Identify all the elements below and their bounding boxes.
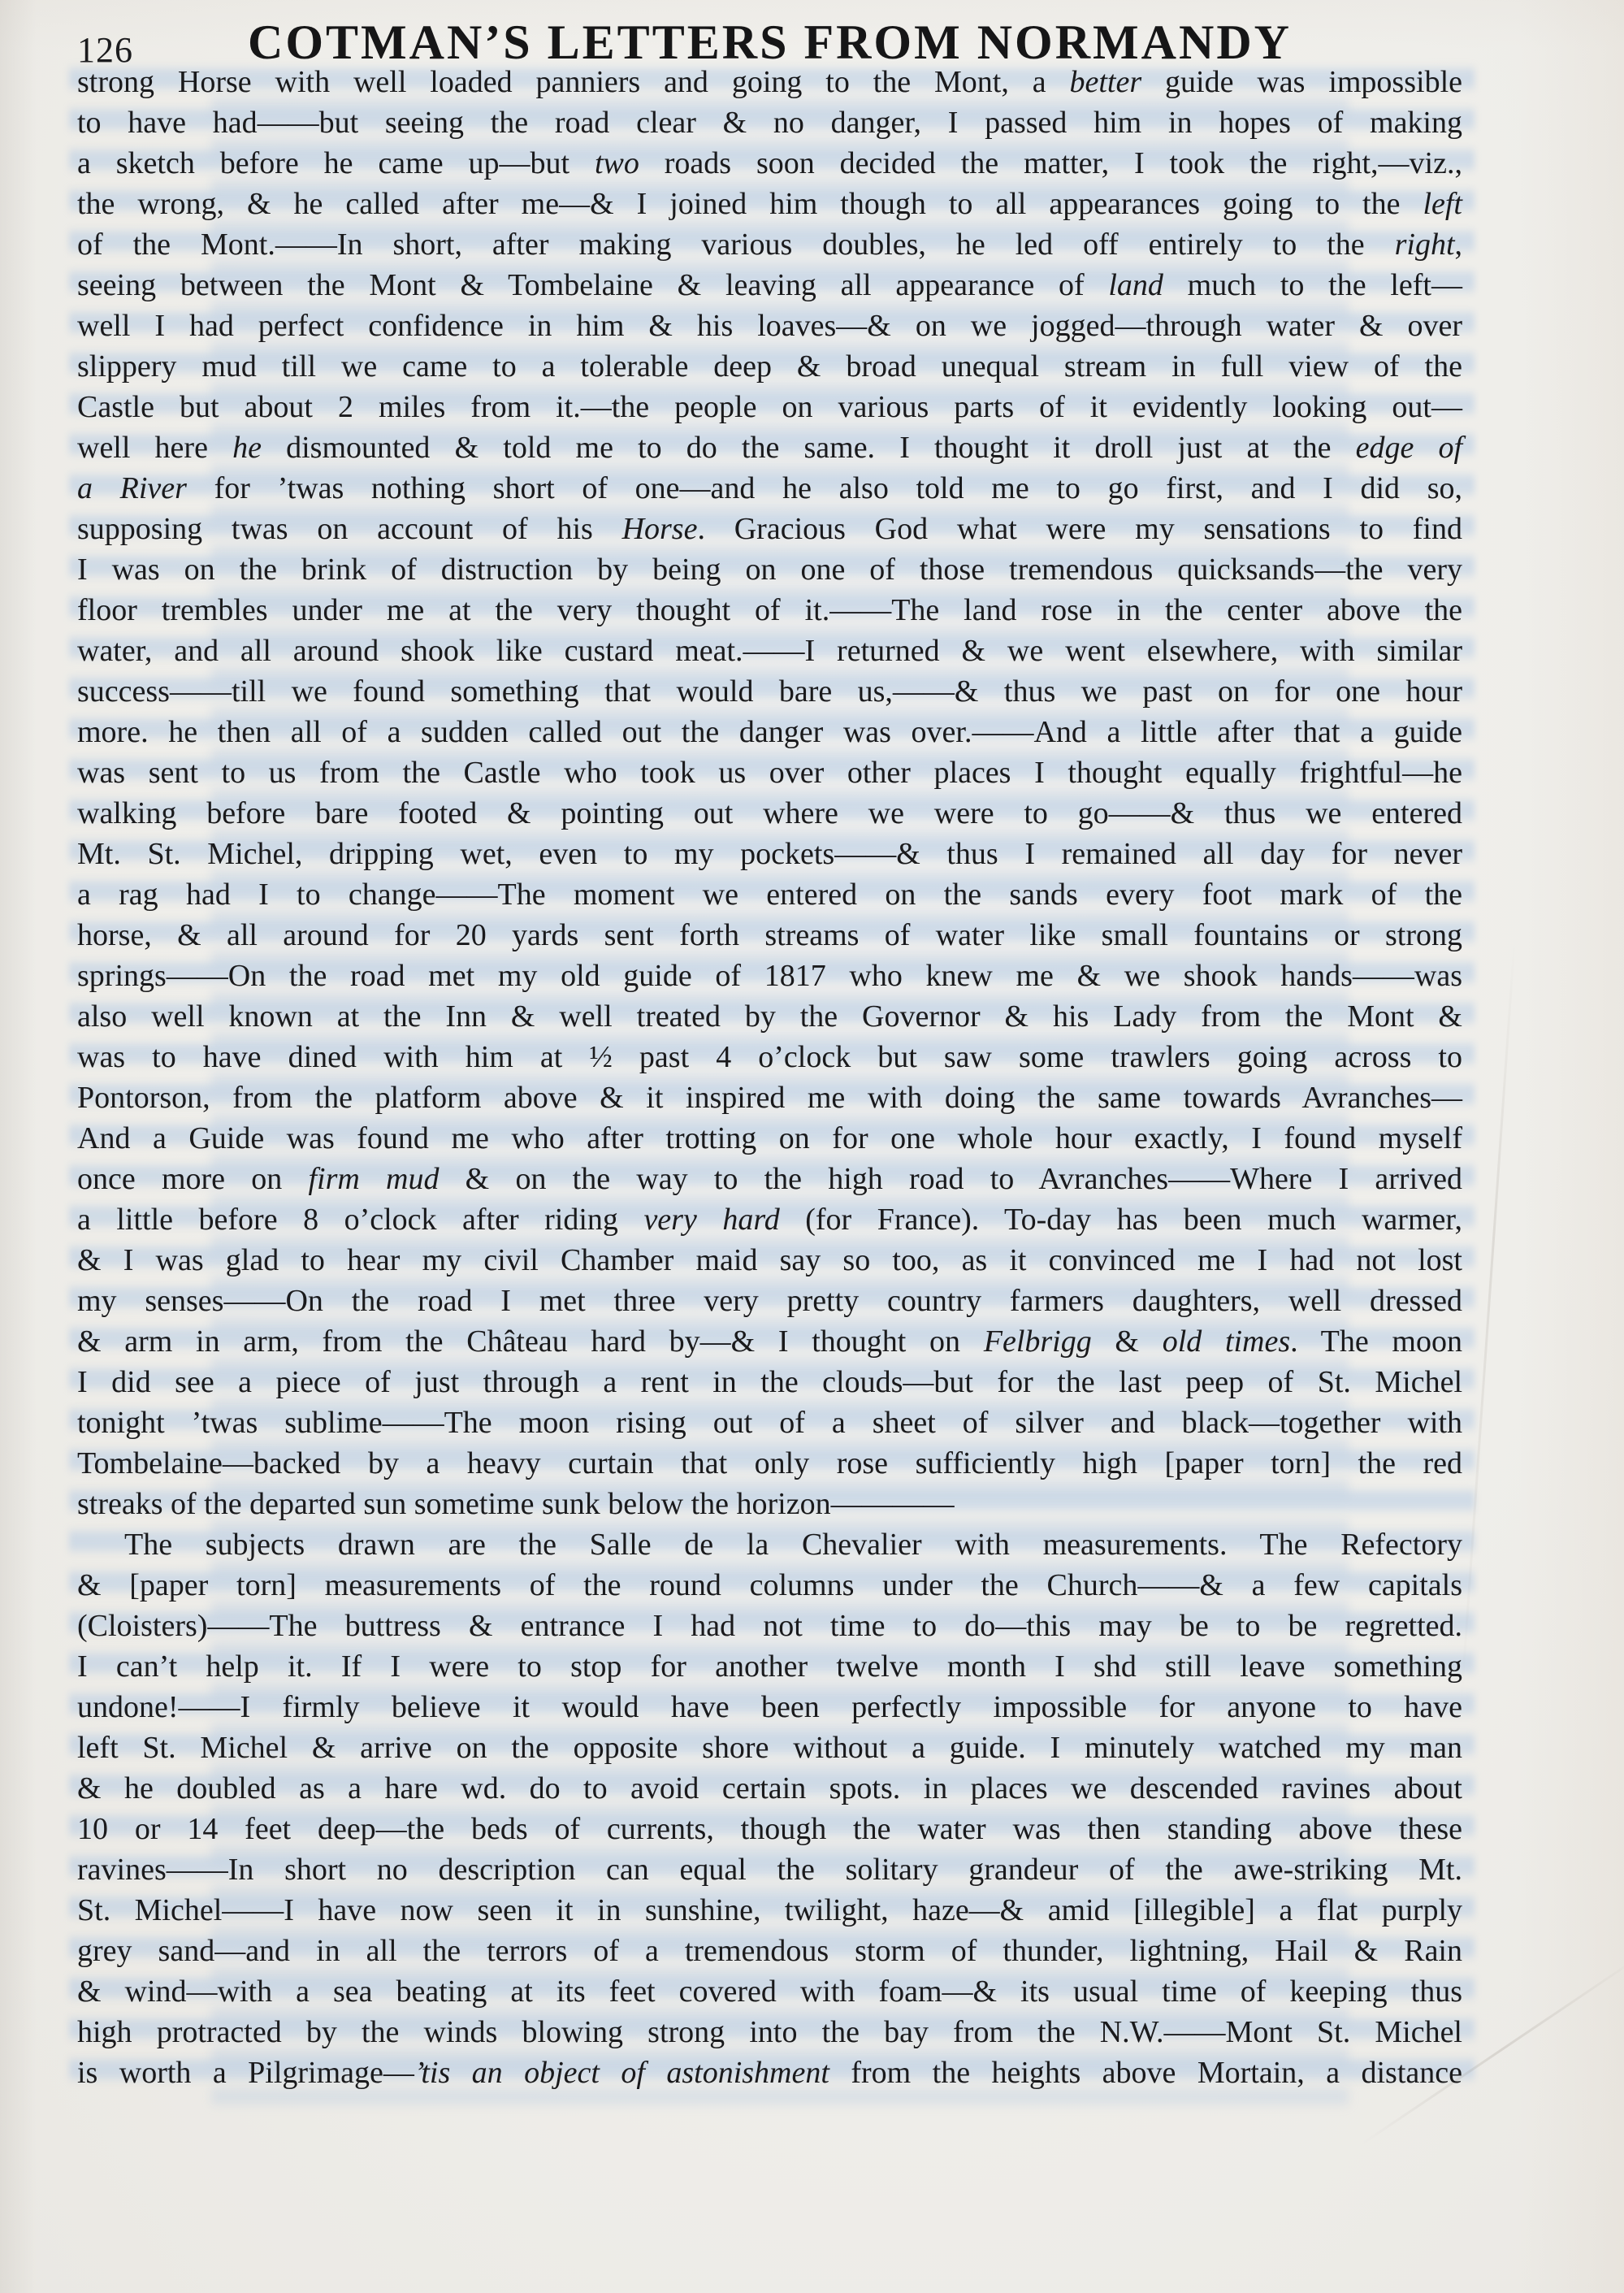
text-run: more. he then all of a sudden called out… — [77, 715, 1462, 749]
text-run: . The moon — [1290, 1324, 1462, 1359]
text-run: 10 or 14 feet deep—the beds of currents,… — [77, 1812, 1462, 1846]
text-line: also well known at the Inn & well treate… — [77, 996, 1462, 1037]
text-run: supposing twas on account of his — [77, 512, 622, 546]
text-run: well here — [77, 431, 232, 465]
text-line: I was on the brink of distruction by bei… — [77, 549, 1462, 590]
text-line: I can’t help it. If I were to stop for a… — [77, 1646, 1462, 1687]
text-line: Pontorson, from the platform above & it … — [77, 1077, 1462, 1118]
paper-crease — [1460, 935, 1516, 1706]
text-run: well I had perfect confidence in him & h… — [77, 309, 1462, 343]
text-run: the wrong, & he called after me—& I join… — [77, 187, 1423, 221]
text-line: & [paper torn] measurements of the round… — [77, 1565, 1462, 1606]
text-line: more. he then all of a sudden called out… — [77, 712, 1462, 752]
text-line: streaks of the departed sun sometime sun… — [77, 1484, 1462, 1524]
text-line: was sent to us from the Castle who took … — [77, 752, 1462, 793]
text-line: is worth a Pilgrimage—’tis an object of … — [77, 2052, 1462, 2093]
text-line: & I was glad to hear my civil Chamber ma… — [77, 1240, 1462, 1281]
italic-text-run: old times — [1163, 1324, 1290, 1359]
text-run: & wind—with a sea beating at its feet co… — [77, 1974, 1462, 2009]
text-run: . Gracious God what were my sensations t… — [697, 512, 1462, 546]
text-run: Tombelaine—backed by a heavy curtain tha… — [77, 1446, 1462, 1480]
text-run: I was on the brink of distruction by bei… — [77, 553, 1462, 587]
text-run: undone!——I firmly believe it would have … — [77, 1690, 1462, 1724]
text-line: success——till we found something that wo… — [77, 671, 1462, 712]
text-line: The subjects drawn are the Salle de la C… — [77, 1524, 1462, 1565]
text-run: guide was impossible — [1141, 65, 1462, 99]
text-run: a rag had I to change——The moment we ent… — [77, 878, 1462, 912]
text-line: a little before 8 o’clock after riding v… — [77, 1199, 1462, 1240]
text-run: (for France). To-day has been much warme… — [780, 1203, 1462, 1237]
text-run: & [paper torn] measurements of the round… — [77, 1568, 1462, 1602]
text-line: was to have dined with him at ½ past 4 o… — [77, 1037, 1462, 1077]
text-run: & I was glad to hear my civil Chamber ma… — [77, 1243, 1462, 1277]
text-run: to have had——but seeing the road clear &… — [77, 106, 1462, 140]
text-line: And a Guide was found me who after trott… — [77, 1118, 1462, 1159]
text-line: ravines——In short no description can equ… — [77, 1849, 1462, 1890]
text-run: And a Guide was found me who after trott… — [77, 1121, 1462, 1155]
text-run: once more on — [77, 1162, 308, 1196]
italic-text-run: ’tis an object of astonishment — [414, 2056, 829, 2090]
text-line: the wrong, & he called after me—& I join… — [77, 184, 1462, 224]
italic-text-run: land — [1108, 268, 1163, 302]
text-line: undone!——I firmly believe it would have … — [77, 1687, 1462, 1727]
text-line: well here he dismounted & told me to do … — [77, 427, 1462, 468]
text-run: ravines——In short no description can equ… — [77, 1853, 1462, 1887]
italic-text-run: a River — [77, 471, 187, 505]
text-line: once more on firm mud & on the way to th… — [77, 1159, 1462, 1199]
text-line: 10 or 14 feet deep—the beds of currents,… — [77, 1809, 1462, 1849]
text-run: & — [1092, 1324, 1163, 1359]
text-run: grey sand—and in all the terrors of a tr… — [77, 1934, 1462, 1968]
italic-text-run: left — [1423, 187, 1462, 221]
text-run: seeing between the Mont & Tombelaine & l… — [77, 268, 1108, 302]
text-line: high protracted by the winds blowing str… — [77, 2012, 1462, 2052]
italic-text-run: better — [1070, 65, 1142, 99]
text-line: my senses——On the road I met three very … — [77, 1281, 1462, 1321]
text-line: I did see a piece of just through a rent… — [77, 1362, 1462, 1402]
text-line: of the Mont.——In short, after making var… — [77, 224, 1462, 265]
text-run: floor trembles under me at the very thou… — [77, 593, 1462, 627]
text-run: roads soon decided the matter, I took th… — [639, 146, 1462, 180]
text-line: Castle but about 2 miles from it.—the pe… — [77, 387, 1462, 427]
text-run: much to the left— — [1163, 268, 1462, 302]
text-run: I did see a piece of just through a rent… — [77, 1365, 1462, 1399]
text-run: water, and all around shook like custard… — [77, 634, 1462, 668]
text-run: & he doubled as a hare wd. do to avoid c… — [77, 1771, 1462, 1805]
text-run: a little before 8 o’clock after riding — [77, 1203, 643, 1237]
text-line: seeing between the Mont & Tombelaine & l… — [77, 265, 1462, 306]
text-run: Castle but about 2 miles from it.—the pe… — [77, 390, 1462, 424]
text-run: from the heights above Mortain, a distan… — [829, 2056, 1462, 2090]
text-run: St. Michel——I have now seen it in sunshi… — [77, 1893, 1462, 1927]
text-run: was to have dined with him at ½ past 4 o… — [77, 1040, 1462, 1074]
text-line: to have had——but seeing the road clear &… — [77, 102, 1462, 143]
text-line: St. Michel——I have now seen it in sunshi… — [77, 1890, 1462, 1931]
text-line: a River for ’twas nothing short of one—a… — [77, 468, 1462, 509]
text-line: slippery mud till we came to a tolerable… — [77, 346, 1462, 387]
italic-text-run: two — [595, 146, 639, 180]
text-line: springs——On the road met my old guide of… — [77, 956, 1462, 996]
italic-text-run: right — [1395, 228, 1455, 262]
text-line: walking before bare footed & pointing ou… — [77, 793, 1462, 834]
text-run: (Cloisters)——The buttress & entrance I h… — [77, 1609, 1462, 1643]
text-run: was sent to us from the Castle who took … — [77, 756, 1462, 790]
book-page: 126 COTMAN’S LETTERS FROM NORMANDY stron… — [0, 0, 1624, 2293]
text-run: left St. Michel & arrive on the opposite… — [77, 1731, 1462, 1765]
text-run: & on the way to the high road to Avranch… — [439, 1162, 1462, 1196]
italic-text-run: he — [232, 431, 262, 465]
text-run: slippery mud till we came to a tolerable… — [77, 349, 1462, 384]
text-run: walking before bare footed & pointing ou… — [77, 796, 1462, 830]
text-run: success——till we found something that wo… — [77, 674, 1462, 709]
italic-text-run: Horse — [622, 512, 698, 546]
text-run: streaks of the departed sun sometime sun… — [77, 1487, 955, 1521]
text-line: Mt. St. Michel, dripping wet, even to my… — [77, 834, 1462, 874]
text-run: The subjects drawn are the Salle de la C… — [124, 1528, 1462, 1562]
text-line: water, and all around shook like custard… — [77, 631, 1462, 671]
text-run: also well known at the Inn & well treate… — [77, 999, 1462, 1034]
text-line: a sketch before he came up—but two roads… — [77, 143, 1462, 184]
page-body: strong Horse with well loaded panniers a… — [77, 62, 1462, 2093]
text-run: springs——On the road met my old guide of… — [77, 959, 1462, 993]
text-run: , — [1455, 228, 1463, 262]
text-line: Tombelaine—backed by a heavy curtain tha… — [77, 1443, 1462, 1484]
text-run: Mt. St. Michel, dripping wet, even to my… — [77, 837, 1462, 871]
text-run: for ’twas nothing short of one—and he al… — [187, 471, 1462, 505]
text-run: is worth a Pilgrimage— — [77, 2056, 414, 2090]
italic-text-run: firm mud — [308, 1162, 439, 1196]
text-line: & arm in arm, from the Château hard by—&… — [77, 1321, 1462, 1362]
text-run: horse, & all around for 20 yards sent fo… — [77, 918, 1462, 952]
text-run: of the Mont.——In short, after making var… — [77, 228, 1395, 262]
text-run: strong Horse with well loaded panniers a… — [77, 65, 1070, 99]
italic-text-run: Felbrigg — [984, 1324, 1092, 1359]
text-run: dismounted & told me to do the same. I t… — [262, 431, 1356, 465]
text-line: & he doubled as a hare wd. do to avoid c… — [77, 1768, 1462, 1809]
text-run: & arm in arm, from the Château hard by—&… — [77, 1324, 984, 1359]
text-line: tonight ’twas sublime——The moon rising o… — [77, 1402, 1462, 1443]
text-line: left St. Michel & arrive on the opposite… — [77, 1727, 1462, 1768]
text-run: tonight ’twas sublime——The moon rising o… — [77, 1406, 1462, 1440]
text-run: high protracted by the winds blowing str… — [77, 2015, 1462, 2049]
text-run: my senses——On the road I met three very … — [77, 1284, 1462, 1318]
text-line: & wind—with a sea beating at its feet co… — [77, 1971, 1462, 2012]
text-line: a rag had I to change——The moment we ent… — [77, 874, 1462, 915]
text-run: I can’t help it. If I were to stop for a… — [77, 1649, 1462, 1684]
text-line: horse, & all around for 20 yards sent fo… — [77, 915, 1462, 956]
italic-text-run: very hard — [643, 1203, 779, 1237]
text-line: floor trembles under me at the very thou… — [77, 590, 1462, 631]
text-line: (Cloisters)——The buttress & entrance I h… — [77, 1606, 1462, 1646]
text-line: supposing twas on account of his Horse. … — [77, 509, 1462, 549]
text-run: a sketch before he came up—but — [77, 146, 595, 180]
text-line: well I had perfect confidence in him & h… — [77, 306, 1462, 346]
text-line: grey sand—and in all the terrors of a tr… — [77, 1931, 1462, 1971]
text-line: strong Horse with well loaded panniers a… — [77, 62, 1462, 102]
italic-text-run: edge of — [1356, 431, 1462, 465]
text-run: Pontorson, from the platform above & it … — [77, 1081, 1462, 1115]
